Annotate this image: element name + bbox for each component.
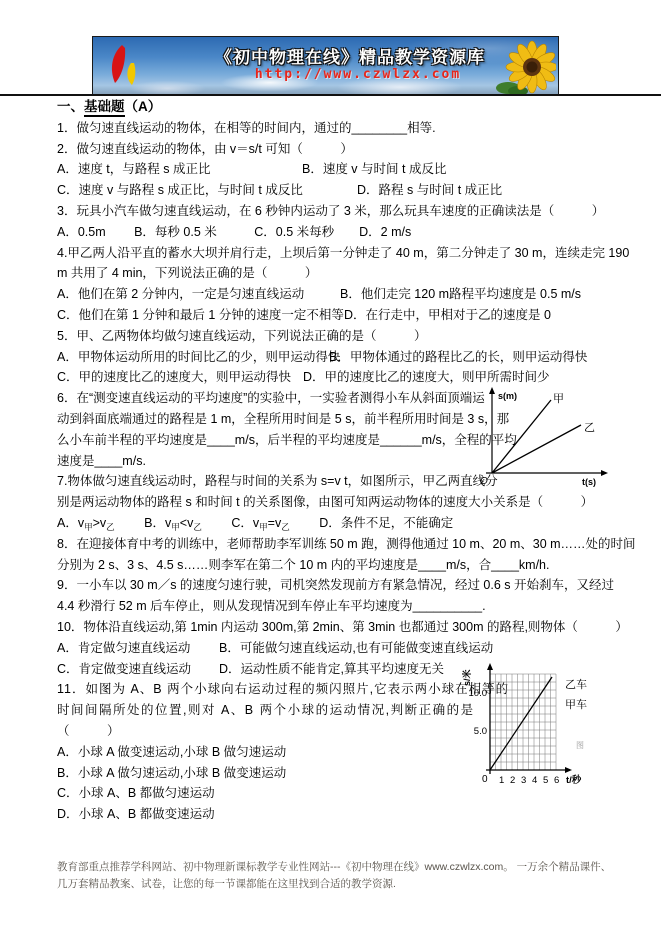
q9-stem-line1: 9．一小车以 30 m／s 的速度匀速行驶，司机突然发现前方有紧急情况，经过 0…	[57, 575, 605, 596]
fig2-legend-yiche: 乙车	[565, 678, 587, 691]
q2-stem: 2．做匀速直线运动的物体，由 v＝s/t 可知（ ）	[57, 139, 605, 160]
q8-stem-line2: 分别为 2 s、3 s、4.5 s……则李军在第二个 10 m 内的平均速度是_…	[57, 555, 605, 576]
fig1-ylabel: s(m)	[498, 391, 517, 401]
q2-options-ab: A．速度 t，与路程 s 成正比B．速度 v 与时间 t 成反比	[57, 159, 605, 180]
motion-line	[490, 677, 552, 770]
q4-options-cd: C．他们在第 1 分钟和最后 1 分钟的速度一定不相等D．在行走中，甲相对于乙的…	[57, 305, 605, 326]
fig1-xlabel: t(s)	[582, 477, 596, 487]
q4-stem-line2: m 共用了 4 min，下列说法正确的是（ ）	[57, 263, 605, 284]
fig1-origin-label: O	[480, 476, 488, 487]
q4-option-c: C．他们在第 1 分钟和最后 1 分钟的速度一定不相等	[57, 308, 344, 322]
q4-stem-line1: 4.甲乙两人沿平直的蓄水大坝并肩行走，上坝后第一分钟走了 40 m，第二分钟走了…	[57, 243, 605, 264]
q10-stem: 10．物体沿直线运动,第 1min 内运动 300m,第 2min、第 3min…	[57, 617, 605, 638]
q2-option-b: B．速度 v 与时间 t 成反比	[302, 159, 446, 180]
q7-option-c: C．v甲=v乙	[231, 516, 289, 530]
svg-text:5: 5	[543, 775, 548, 786]
q5-options-ab: A．甲物体运动所用的时间比乙的少，则甲运动得快B．甲物体通过的路程比乙的长，则甲…	[57, 347, 605, 368]
fig2-xticks: 1 2 3 4 5 6	[499, 775, 559, 786]
svg-text:1: 1	[499, 775, 504, 786]
svg-text:3: 3	[521, 775, 526, 786]
q5-stem: 5．甲、乙两物体均做匀速直线运动，下列说法正确的是（ ）	[57, 326, 605, 347]
q8-stem-line1: 8．在迎接体育中考的训练中，老师帮助李军训练 50 m 跑，测得他通过 10 m…	[57, 534, 605, 555]
q2-option-c: C．速度 v 与路程 s 成正比，与时间 t 成反比	[57, 183, 303, 197]
fig1-line1-label: 甲	[553, 392, 564, 405]
q4-options-ab: A．他们在第 2 分钟内，一定是匀速直线运动B．他们走完 120 m路程平均速度…	[57, 284, 605, 305]
site-banner: 《初中物理在线》精品教学资源库 http://www.czwlzx.com	[92, 36, 559, 95]
fig2-ytick-5: 5.0	[474, 726, 487, 737]
q5-option-b: B．甲物体通过的路程比乙的长，则甲运动得快	[329, 347, 587, 368]
fig2-origin-label: 0	[482, 774, 488, 785]
fig2-xlabel: t/秒	[566, 774, 582, 786]
q10-option-a: A．肯定做匀速直线运动	[57, 641, 190, 655]
fig1-line2-label: 乙	[584, 421, 595, 434]
q7-option-b: B．v甲<v乙	[144, 516, 202, 530]
q2-options-cd: C．速度 v 与路程 s 成正比，与时间 t 成反比D．路程 s 与时间 t 成…	[57, 180, 605, 201]
sunflower-icon	[494, 40, 556, 94]
x-axis-arrow	[601, 470, 608, 476]
q7-option-d: D．条件不足，不能确定	[319, 516, 453, 530]
footer-line2: 几万套精品教案、试卷，让您的每一节课都能在这里找到合适的教学资源.	[57, 876, 617, 893]
banner-url-link[interactable]: http://www.czwlzx.com	[218, 67, 498, 82]
q11-st-graph-figure: s/米 10.0 5.0 0 1 2 3 4 5 6 t/秒 乙车 甲车 图	[462, 660, 614, 800]
q3-stem: 3．玩具小汽车做匀速直线运动，在 6 秒钟内运动了 3 米，那么玩具车速度的正确…	[57, 201, 605, 222]
heading-prefix: 一、	[57, 99, 84, 114]
x-axis-arrow	[565, 767, 572, 773]
q3-options: A．0.5m B．每秒 0.5 米 C．0.5 米每秒 D．2 m/s	[57, 222, 605, 243]
q7-stem-line2: 别是两运动物体的路程 s 和时间 t 的关系图像，由图可知两运动物体的速度大小关…	[57, 492, 605, 513]
q10-options-ab: A．肯定做匀速直线运动B．可能做匀速直线运动,也有可能做变速直线运动	[57, 638, 605, 659]
fig2-legend-jiache: 甲车	[565, 698, 587, 711]
q7-option-a: A．v甲>v乙	[57, 516, 115, 530]
y-axis-arrow	[487, 663, 493, 670]
fig2-ytick-10: 10.0	[469, 688, 488, 699]
line-yi	[492, 425, 581, 473]
footer-line1: 教育部重点推荐学科网站、初中物理新课标教学专业性网站---《初中物理在线》www…	[57, 859, 617, 876]
q10-option-c: C．肯定做变速直线运动	[57, 662, 191, 676]
q4-option-b: B．他们走完 120 m路程平均速度是 0.5 m/s	[340, 284, 581, 305]
header-divider	[0, 94, 661, 96]
svg-text:6: 6	[554, 775, 559, 786]
y-axis-arrow	[489, 387, 495, 394]
section-heading: 一、基础题（A）	[57, 97, 605, 118]
q1-stem: 1．做匀速直线运动的物体，在相等的时间内，通过的________相等.	[57, 118, 605, 139]
q4-option-a: A．他们在第 2 分钟内，一定是匀速直线运动	[57, 287, 304, 301]
q5-option-a: A．甲物体运动所用的时间比乙的少，则甲运动得快	[57, 350, 340, 364]
line-jia	[492, 400, 551, 473]
q5-option-c: C．甲的速度比乙的速度大，则甲运动得快	[57, 370, 291, 384]
q11-option-d: D．小球 A、B 都做变速运动	[57, 804, 605, 825]
worksheet-page: 《初中物理在线》精品教学资源库 http://www.czwlzx.com	[0, 0, 661, 936]
q2-option-a: A．速度 t，与路程 s 成正比	[57, 162, 210, 176]
q10-option-d: D．运动性质不能肯定,算其平均速度无关	[219, 659, 444, 680]
page-footer: 教育部重点推荐学科网站、初中物理新课标教学专业性网站---《初中物理在线》www…	[57, 859, 617, 893]
q7-options: A．v甲>v乙 B．v甲<v乙 C．v甲=v乙 D．条件不足，不能确定	[57, 513, 605, 534]
q9-stem-line2: 4.4 秒滑行 52 m 后车停止，则从发现情况到车停止车平均速度为______…	[57, 596, 605, 617]
heading-suffix: （A）	[125, 99, 162, 114]
fig2-ylabel: s/米	[462, 669, 472, 686]
site-logo-icon	[101, 42, 147, 88]
banner-title: 《初中物理在线》精品教学资源库	[185, 43, 515, 68]
print-artifact: 图	[576, 741, 584, 750]
q2-option-d: D．路程 s 与时间 t 成正比	[357, 180, 502, 201]
q7-st-graph-figure: s(m) t(s) O 甲 乙	[477, 386, 615, 488]
svg-text:2: 2	[510, 775, 515, 786]
q4-option-d: D．在行走中，甲相对于乙的速度是 0	[344, 305, 551, 326]
heading-underlined: 基础题	[84, 99, 125, 117]
q10-option-b: B．可能做匀速直线运动,也有可能做变速直线运动	[219, 638, 493, 659]
svg-text:4: 4	[532, 775, 537, 786]
